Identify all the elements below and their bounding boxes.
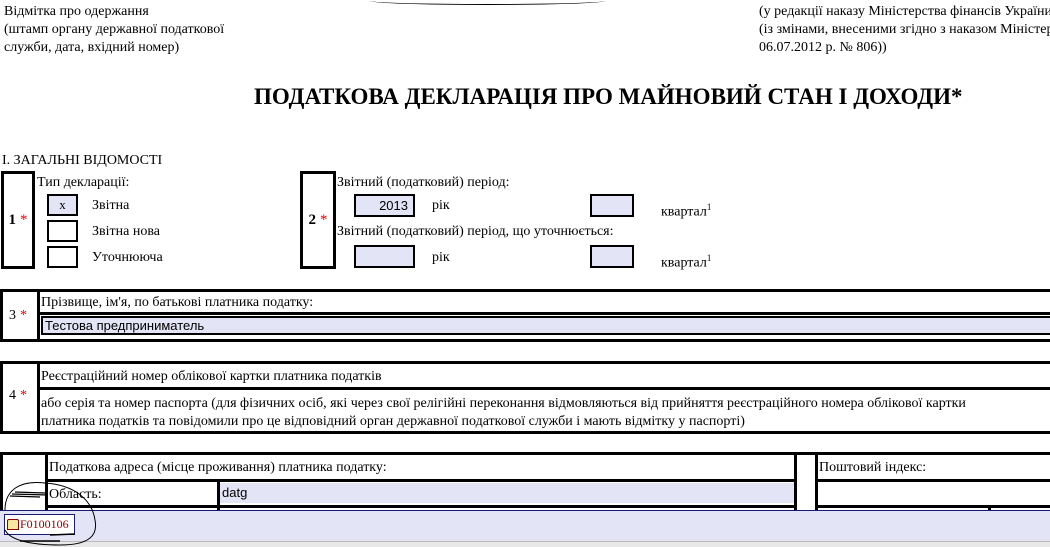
clarified-period-label: Звітний (податковий) період, що уточнюєт… <box>337 223 614 240</box>
block5-address-line <box>45 479 797 482</box>
taxpayer-name-label: Прізвище, ім'я, по батькові платника под… <box>41 294 313 311</box>
footnote-mark: 1 <box>707 253 712 263</box>
block4-divider <box>37 361 40 434</box>
year-field[interactable]: 2013 <box>354 194 415 217</box>
block4-border-top <box>0 361 1050 364</box>
edition-line-3: 06.07.2012 р. № 806)) <box>759 39 1050 57</box>
block3-divider <box>37 289 40 342</box>
required-mark: * <box>20 212 28 229</box>
clarified-year-field[interactable] <box>354 245 415 268</box>
clarified-quarter-unit-text: квартал <box>661 256 707 271</box>
required-mark: * <box>320 212 328 229</box>
option-clarifying-label: Уточнююча <box>92 249 163 266</box>
receipt-line-2: (штамп органу державної податкової <box>4 21 224 39</box>
block5-border-top <box>0 452 1050 455</box>
sheet-tab-bar <box>0 510 1050 542</box>
receipt-line-3: служби, дата, вхідний номер) <box>4 39 224 57</box>
block1-number: 1* <box>1 171 35 269</box>
tax-address-label: Податкова адреса (місце проживання) плат… <box>49 459 387 476</box>
clarified-year-unit: рік <box>432 249 450 266</box>
passport-note-line-1: або серія та номер паспорта (для фізични… <box>41 395 966 412</box>
declaration-type-label: Тип декларації: <box>37 174 129 191</box>
period-label: Звітний (податковий) період: <box>337 174 510 191</box>
block4-number: 4* <box>9 387 27 404</box>
block2-number-text: 2 <box>309 212 317 229</box>
edition-note: (у редакції наказу Міністерства фінансів… <box>759 3 1050 57</box>
registration-number-label: Реєстраційний номер облікової картки пла… <box>41 368 382 385</box>
checkbox-clarifying[interactable] <box>47 246 78 268</box>
quarter-field[interactable] <box>590 194 634 217</box>
scribble-annotation <box>0 475 110 547</box>
block3-number: 3* <box>9 307 27 324</box>
clarified-quarter-unit: квартал1 <box>661 250 711 272</box>
passport-note-line-2: платника податків та повідомили про це в… <box>41 413 745 430</box>
required-mark: * <box>20 388 27 403</box>
receipt-line-1: Відмітка про одержання <box>4 3 224 21</box>
block5-region-line <box>45 505 797 508</box>
option-report-label: Звітна <box>92 197 129 214</box>
taxpayer-name-field[interactable]: Тестова предприниматель <box>43 318 1050 333</box>
block2-number: 2* <box>300 171 336 269</box>
year-unit: рік <box>432 197 450 214</box>
block4-border-left <box>0 361 3 434</box>
clarified-quarter-field[interactable] <box>590 245 634 268</box>
block4-number-text: 4 <box>9 388 16 403</box>
block4-border-bottom <box>0 431 1050 434</box>
footnote-mark: 1 <box>707 202 712 212</box>
postal-code-field[interactable] <box>818 483 1048 503</box>
status-strip <box>0 541 1050 547</box>
postal-divider-right <box>815 452 818 512</box>
block3-inner-line <box>37 312 1050 315</box>
block1-number-text: 1 <box>9 212 17 229</box>
region-field[interactable]: datg <box>220 483 795 503</box>
block3-number-text: 3 <box>9 308 16 323</box>
quarter-unit-text: квартал <box>661 205 707 220</box>
option-new-report-label: Звітна нова <box>92 223 160 240</box>
block3-border-top <box>0 289 1050 292</box>
edition-line-1: (у редакції наказу Міністерства фінансів… <box>759 3 1050 21</box>
postal-divider-left <box>794 452 797 512</box>
page-title: ПОДАТКОВА ДЕКЛАРАЦІЯ ПРО МАЙНОВИЙ СТАН І… <box>254 84 963 110</box>
checkbox-report[interactable]: x <box>47 194 78 216</box>
postal-line <box>815 479 1050 482</box>
block4-inner-line <box>37 387 1050 390</box>
receipt-stamp-note: Відмітка про одержання (штамп органу дер… <box>4 3 224 57</box>
postal-bottom-line <box>815 505 1050 508</box>
required-mark: * <box>20 308 27 323</box>
edition-line-2: (із змінами, внесеними згідно з наказом … <box>759 21 1050 39</box>
checkbox-new-report[interactable] <box>47 220 78 242</box>
quarter-unit: квартал1 <box>661 199 711 221</box>
postal-code-label: Поштовий індекс: <box>819 459 926 476</box>
block3-border-left <box>0 289 3 342</box>
section-title: І. ЗАГАЛЬНІ ВІДОМОСТІ <box>2 152 162 169</box>
block3-border-bottom <box>0 339 1050 342</box>
top-decor-line <box>370 0 605 5</box>
